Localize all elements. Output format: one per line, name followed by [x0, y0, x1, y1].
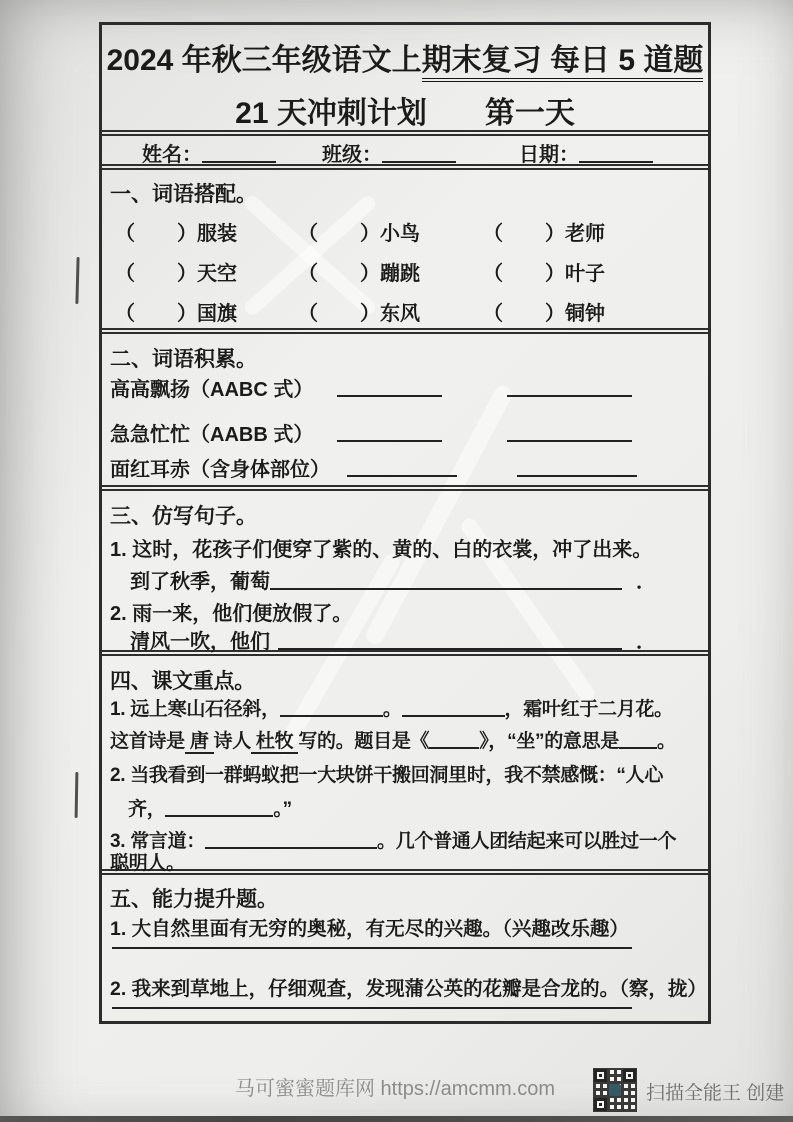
paren-close: ）: [177, 303, 197, 325]
pairing-word: 东风: [380, 303, 420, 325]
paren-close: ）: [545, 303, 565, 325]
poem-line: 1. 远上寒山石径斜，。，霜叶红于二月花。: [110, 694, 673, 721]
paren-open: （: [115, 303, 135, 325]
answer-blank: [337, 440, 442, 442]
section-sentence-imitation: 三、仿写句子。 1. 这时，花孩子们便穿了紫的、黄的、白的衣裳，冲了出来。 到了…: [102, 491, 708, 650]
imitation-line: 到了秋季，葡萄．: [130, 565, 656, 594]
imitation-prefix: 到了秋季，葡萄: [130, 571, 270, 593]
answer-blank: [402, 703, 505, 717]
accumulation-prompt: 急急忙忙（AABB 式）: [110, 418, 313, 447]
date-blank: [579, 149, 653, 163]
class-label: 班级：: [322, 144, 382, 166]
paren-open: （: [298, 303, 318, 325]
pairing-cell: （）老师: [483, 217, 605, 246]
section-1-heading: 一、词语搭配。: [110, 178, 257, 208]
example-sentence: 1. 这时，花孩子们便穿了紫的、黄的、白的衣裳，冲了出来。: [110, 533, 652, 562]
section-word-pairing: 一、词语搭配。 （）服装 （）小鸟 （）老师 （）天空 （）蹦跳 （）叶子 （）…: [102, 170, 708, 328]
answer-blank: [619, 735, 657, 749]
proverb-line: 2. 当我看到一群蚂蚁把一大块饼干搬回洞里时，我不禁感慨：“人心: [110, 760, 663, 787]
answer-blank: [517, 475, 637, 477]
title-block: 2024 年秋三年级语文上期末复习 每日 5 道题 21 天冲刺计划第一天: [102, 25, 708, 130]
worksheet-table: 2024 年秋三年级语文上期末复习 每日 5 道题 21 天冲刺计划第一天 姓名…: [99, 22, 711, 1024]
example-sentence: 2. 雨一来，他们便放假了。: [110, 597, 352, 626]
punctuation: 。: [383, 699, 402, 720]
period: ．: [636, 631, 656, 653]
paren-open: （: [483, 223, 503, 245]
name-label: 姓名：: [142, 144, 202, 166]
paren-close: ）: [177, 223, 197, 245]
punctuation: 。”: [273, 799, 291, 820]
paren-close: ）: [545, 263, 565, 285]
paren-close: ）: [360, 303, 380, 325]
text: 这首诗是: [110, 731, 185, 752]
paren-open: （: [298, 263, 318, 285]
answer-blank: [165, 803, 273, 817]
paren-close: ）: [360, 263, 380, 285]
answer-blank: [507, 395, 632, 397]
pairing-word: 铜钟: [565, 303, 605, 325]
answer-blank: [507, 440, 632, 442]
section-ability-improvement: 五、能力提升题。 1. 大自然里面有无穷的奥秘，有无尽的兴趣。（兴趣改乐趣） 2…: [102, 875, 708, 1023]
poem-text: ，霜叶红于二月花。: [505, 699, 673, 720]
pairing-word: 叶子: [565, 263, 605, 285]
qr-logo-icon: [609, 1084, 621, 1096]
date-field: 日期：: [519, 138, 653, 167]
class-field: 班级：: [322, 138, 456, 167]
answer-blank: [278, 636, 622, 650]
answer-blank: [429, 735, 479, 749]
section-2-heading: 二、词语积累。: [110, 343, 257, 373]
paren-open: （: [298, 223, 318, 245]
source-site-text: 马可蜜蜜题库网 https://amcmm.com: [230, 1072, 560, 1101]
imitation-prefix: 清风一吹，他们: [130, 631, 270, 653]
name-class-date-row: 姓名： 班级： 日期：: [102, 136, 708, 164]
qr-finder-icon: [594, 1069, 607, 1082]
scanned-worksheet-page: 2024 年秋三年级语文上期末复习 每日 5 道题 21 天冲刺计划第一天 姓名…: [0, 0, 793, 1122]
answer-blank: [337, 395, 442, 397]
section-4-heading: 四、课文重点。: [110, 665, 255, 695]
paren-close: ）: [545, 223, 565, 245]
paren-close: ）: [360, 223, 380, 245]
qr-finder-icon: [623, 1069, 636, 1082]
page-title-underlined: 期末复习 每日 5 道题: [422, 44, 704, 82]
subtitle-plan: 21 天冲刺计划: [235, 97, 427, 130]
pairing-cell: （）铜钟: [483, 297, 605, 326]
revision-sentence: 2. 我来到草地上，仔细观查，发现蒲公英的花瓣是合龙的。（察，拢）: [110, 973, 707, 1001]
answer-blank: [112, 947, 632, 949]
section-3-heading: 三、仿写句子。: [110, 500, 257, 530]
pairing-word: 老师: [565, 223, 605, 245]
subtitle-day: 第一天: [485, 97, 575, 130]
text: 写的。题目是《: [298, 731, 429, 752]
saying-line: 3. 常言道：。几个普通人团结起来可以胜过一个: [110, 826, 676, 853]
pairing-word: 小鸟: [380, 223, 420, 245]
pairing-cell: （）小鸟: [298, 217, 420, 246]
filled-answer-poet: 杜牧: [251, 731, 298, 754]
accumulation-prompt: 面红耳赤（含身体部位）: [110, 453, 330, 482]
pairing-cell: （）蹦跳: [298, 257, 420, 286]
poem-text: 1. 远上寒山石径斜，: [110, 699, 280, 720]
poem-meta-line: 这首诗是唐诗人杜牧写的。题目是《》，“坐”的意思是。: [110, 726, 676, 753]
text: 齐，: [128, 799, 165, 820]
name-field: 姓名：: [142, 138, 276, 167]
page-title-prefix: 2024 年秋三年级语文上: [107, 44, 422, 77]
qr-finder-icon: [594, 1098, 607, 1111]
page-subtitle: 21 天冲刺计划第一天: [102, 88, 708, 132]
name-blank: [202, 149, 276, 163]
pairing-word: 蹦跳: [380, 263, 420, 285]
section-word-accumulation: 二、词语积累。 高高飘扬（AABC 式） 急急忙忙（AABB 式） 面红耳赤（含…: [102, 334, 708, 485]
pairing-cell: （）服装: [115, 217, 237, 246]
answer-blank: [205, 835, 377, 849]
scanner-credit-text: 扫描全能王 创建: [646, 1078, 784, 1105]
paren-open: （: [115, 223, 135, 245]
paren-open: （: [483, 263, 503, 285]
text: 诗人: [214, 731, 251, 752]
answer-blank: [270, 576, 622, 590]
qr-code: [593, 1068, 637, 1112]
class-blank: [382, 149, 456, 163]
answer-blank: [347, 475, 457, 477]
pairing-cell: （）东风: [298, 297, 420, 326]
pairing-cell: （）国旗: [115, 297, 237, 326]
pairing-cell: （）天空: [115, 257, 237, 286]
pairing-word: 国旗: [197, 303, 237, 325]
text: 。几个普通人团结起来可以胜过一个: [377, 831, 676, 852]
paren-close: ）: [177, 263, 197, 285]
accumulation-prompt: 高高飘扬（AABC 式）: [110, 373, 313, 402]
imitation-line: 清风一吹，他们．: [130, 625, 656, 654]
pairing-word: 服装: [197, 223, 237, 245]
revision-sentence: 1. 大自然里面有无穷的奥秘，有无尽的兴趣。（兴趣改乐趣）: [110, 913, 629, 941]
page-title: 2024 年秋三年级语文上期末复习 每日 5 道题: [102, 35, 708, 79]
text: 》，“坐”的意思是: [479, 731, 619, 752]
scan-edge-strip: [0, 1116, 793, 1122]
paren-open: （: [483, 303, 503, 325]
pairing-word: 天空: [197, 263, 237, 285]
period: ．: [636, 571, 656, 593]
section-5-heading: 五、能力提升题。: [110, 883, 278, 913]
section-text-key-points: 四、课文重点。 1. 远上寒山石径斜，。，霜叶红于二月花。 这首诗是唐诗人杜牧写…: [102, 656, 708, 869]
scan-artifact-mark: [75, 772, 79, 818]
paren-open: （: [115, 263, 135, 285]
proverb-continuation: 齐，。”: [128, 794, 292, 821]
date-label: 日期：: [519, 144, 579, 166]
answer-blank: [280, 703, 383, 717]
scan-artifact-mark: [75, 257, 79, 304]
filled-answer-dynasty: 唐: [185, 731, 214, 754]
answer-blank: [112, 1007, 632, 1009]
punctuation: 。: [657, 731, 676, 752]
pairing-cell: （）叶子: [483, 257, 605, 286]
saying-continuation: 聪明人。: [110, 848, 185, 875]
